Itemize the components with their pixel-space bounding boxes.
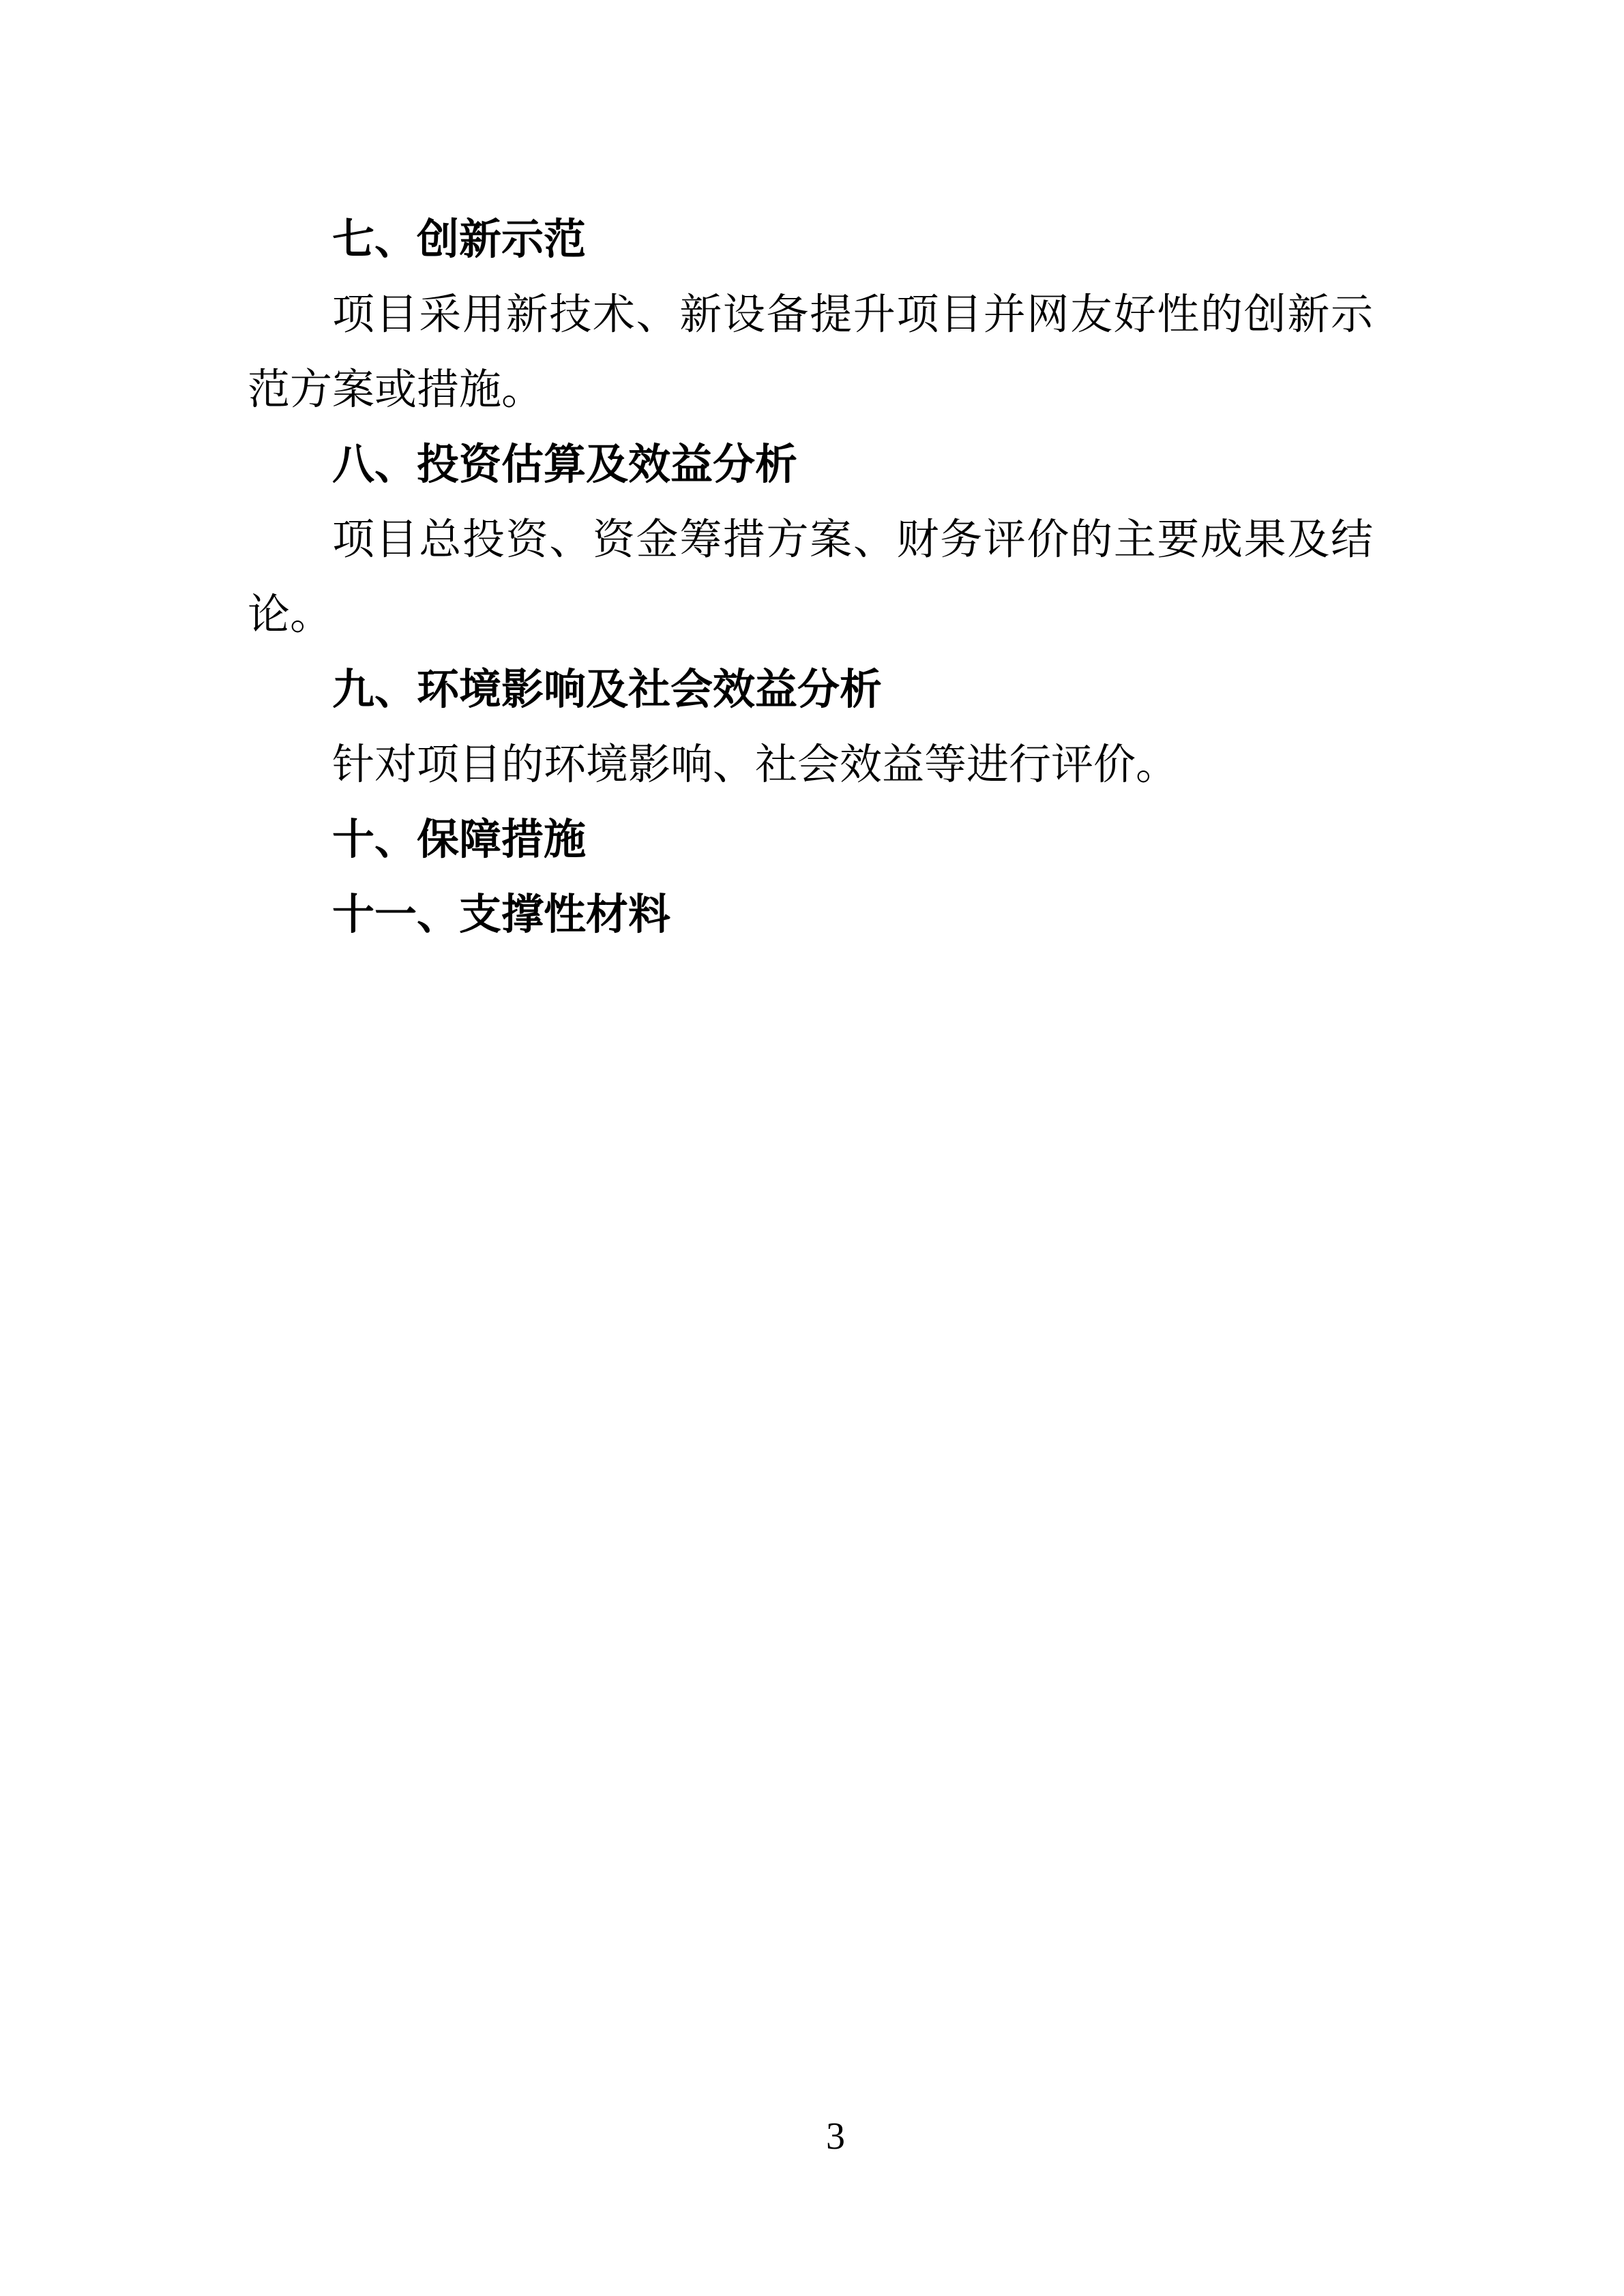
body-paragraph: 项目采用新技术、新设备提升项目并网友好性的创新示范方案或措施。 xyxy=(248,278,1373,428)
document-body: 七、创新示范项目采用新技术、新设备提升项目并网友好性的创新示范方案或措施。八、投… xyxy=(248,203,1373,953)
document-page: 七、创新示范项目采用新技术、新设备提升项目并网友好性的创新示范方案或措施。八、投… xyxy=(0,0,1624,2296)
section-heading: 九、环境影响及社会效益分析 xyxy=(248,653,1373,728)
body-paragraph: 针对项目的环境影响、社会效益等进行评价。 xyxy=(248,728,1373,803)
section-heading: 七、创新示范 xyxy=(248,203,1373,278)
section-heading: 十一、支撑性材料 xyxy=(248,878,1373,953)
section-heading: 八、投资估算及效益分析 xyxy=(248,428,1373,503)
page-number: 3 xyxy=(826,2117,845,2156)
body-paragraph: 项目总投资、资金筹措方案、财务评价的主要成果及结论。 xyxy=(248,503,1373,653)
section-heading: 十、保障措施 xyxy=(248,803,1373,878)
